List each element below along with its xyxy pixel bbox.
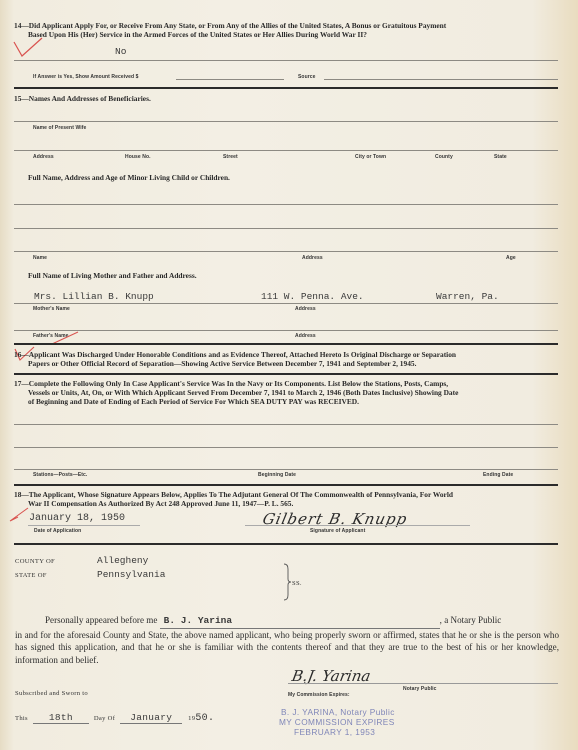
parents-label: Full Name of Living Mother and Father an… xyxy=(28,271,197,280)
sworn-date-row: This 18th Day Of January 1950. xyxy=(15,712,214,724)
subscribed-sworn-label: Subscribed and Sworn to xyxy=(15,690,88,697)
q17-question: 17—Complete the Following Only In Case A… xyxy=(14,379,562,406)
ss-label: SS. xyxy=(292,580,302,587)
child-line-2[interactable] xyxy=(14,228,558,229)
child-address-label: Address xyxy=(302,255,323,261)
application-page: 14—Did Applicant Apply For, or Receive F… xyxy=(0,0,578,750)
street-label: Street xyxy=(223,154,238,160)
q16-label-line2: Papers or Other Official Record of Separ… xyxy=(14,359,562,368)
q17-label-line2: Vessels or Units, At, On, or With Which … xyxy=(14,388,562,397)
service-line-3[interactable] xyxy=(14,469,558,470)
wife-name-label: Name of Present Wife xyxy=(33,125,86,131)
child-line-3[interactable] xyxy=(14,251,558,252)
signature-line xyxy=(245,525,470,526)
q16-statement: 16—Applicant Was Discharged Under Honora… xyxy=(14,350,562,368)
q14-amount-field[interactable] xyxy=(176,79,284,80)
child-name-label: Name xyxy=(33,255,47,261)
children-label: Full Name, Address and Age of Minor Livi… xyxy=(28,173,230,182)
q18-label-line1: 18—The Applicant, Whose Signature Appear… xyxy=(14,490,562,499)
service-line-2[interactable] xyxy=(14,447,558,448)
state-value[interactable]: Pennsylvania xyxy=(97,569,165,580)
q17-label-line3: of Beginning and Date of Ending of Each … xyxy=(14,397,562,406)
commission-expires-label: My Commission Expires: xyxy=(288,692,350,698)
q14-answer[interactable]: No xyxy=(115,46,126,57)
house-no-label: House No. xyxy=(125,154,151,160)
sworn-year-value[interactable]: 50. xyxy=(195,713,214,724)
ending-date-label: Ending Date xyxy=(483,472,513,478)
county-of-label: COUNTY OF xyxy=(15,558,55,565)
notary-signature-line xyxy=(288,683,558,684)
notary-intro: Personally appeared before me xyxy=(45,615,157,625)
signature-label: Signature of Applicant xyxy=(310,528,365,534)
section-divider xyxy=(14,343,558,345)
state-of-label: STATE OF xyxy=(15,572,47,579)
sworn-day-value[interactable]: 18th xyxy=(49,712,73,723)
section-divider xyxy=(14,87,558,89)
q17-label-line1: 17—Complete the Following Only In Case A… xyxy=(14,379,562,388)
application-date-value[interactable]: January 18, 1950 xyxy=(29,513,125,524)
stamp-line-3: FEBRUARY 1, 1953 xyxy=(279,727,395,737)
father-address-label: Address xyxy=(295,333,316,339)
stations-label: Stations—Posts—Etc. xyxy=(33,472,87,478)
section-divider xyxy=(14,543,558,545)
notary-paragraph: in and for the aforesaid County and Stat… xyxy=(15,629,559,667)
q14-source-label: Source xyxy=(298,74,316,80)
q15-label: 15—Names And Addresses of Beneficiaries. xyxy=(14,94,151,103)
beginning-date-label: Beginning Date xyxy=(258,472,296,478)
check-mark-icon xyxy=(12,36,46,60)
wife-address-field[interactable] xyxy=(14,150,558,151)
brace-icon xyxy=(282,563,292,601)
notary-affidavit: Personally appeared before me B. J. Yari… xyxy=(15,614,559,666)
section-divider xyxy=(14,484,558,486)
application-date-label: Date of Application xyxy=(34,528,81,534)
day-of-label: Day Of xyxy=(94,715,115,722)
notary-name-value[interactable]: B. J. Yarina xyxy=(160,615,232,626)
section-divider xyxy=(14,373,558,375)
mother-address-label: Address xyxy=(295,306,316,312)
q18-statement: 18—The Applicant, Whose Signature Appear… xyxy=(14,490,562,508)
q16-label-line1: 16—Applicant Was Discharged Under Honora… xyxy=(14,350,562,359)
q14-amount-label: If Answer is Yes, Show Amount Received $ xyxy=(33,74,139,80)
address-label: Address xyxy=(33,154,54,160)
application-date-line xyxy=(28,525,140,526)
q14-source-field[interactable] xyxy=(324,79,558,80)
q14-question: 14—Did Applicant Apply For, or Receive F… xyxy=(14,21,562,39)
notary-stamp: B. J. YARINA, Notary Public MY COMMISSIO… xyxy=(279,707,395,737)
service-line-1[interactable] xyxy=(14,424,558,425)
mother-line xyxy=(14,303,558,304)
notary-title: , a Notary Public xyxy=(440,615,502,625)
sworn-month-value[interactable]: January xyxy=(130,712,172,723)
q14-label-line2: Based Upon His (Her) Service in the Arme… xyxy=(14,30,562,39)
county-label: County xyxy=(435,154,453,160)
state-label: State xyxy=(494,154,507,160)
q14-answer-line xyxy=(14,60,558,61)
this-label: This xyxy=(15,715,28,722)
county-value[interactable]: Allegheny xyxy=(97,555,148,566)
mother-name-value[interactable]: Mrs. Lillian B. Knupp xyxy=(34,291,154,302)
child-line-1[interactable] xyxy=(14,204,558,205)
q18-label-line2: War II Compensation As Authorized By Act… xyxy=(14,499,562,508)
city-label: City or Town xyxy=(355,154,386,160)
notary-public-label: Notary Public xyxy=(403,686,437,692)
father-line[interactable] xyxy=(14,330,558,331)
stamp-line-1: B. J. YARINA, Notary Public xyxy=(279,707,395,717)
q14-label-line1: 14—Did Applicant Apply For, or Receive F… xyxy=(14,21,562,30)
child-age-label: Age xyxy=(506,255,516,261)
wife-name-field[interactable] xyxy=(14,121,558,122)
mother-street-value[interactable]: 111 W. Penna. Ave. xyxy=(261,291,364,302)
stamp-line-2: MY COMMISSION EXPIRES xyxy=(279,717,395,727)
mother-city-value[interactable]: Warren, Pa. xyxy=(436,291,499,302)
mother-name-label: Mother's Name xyxy=(33,306,70,312)
